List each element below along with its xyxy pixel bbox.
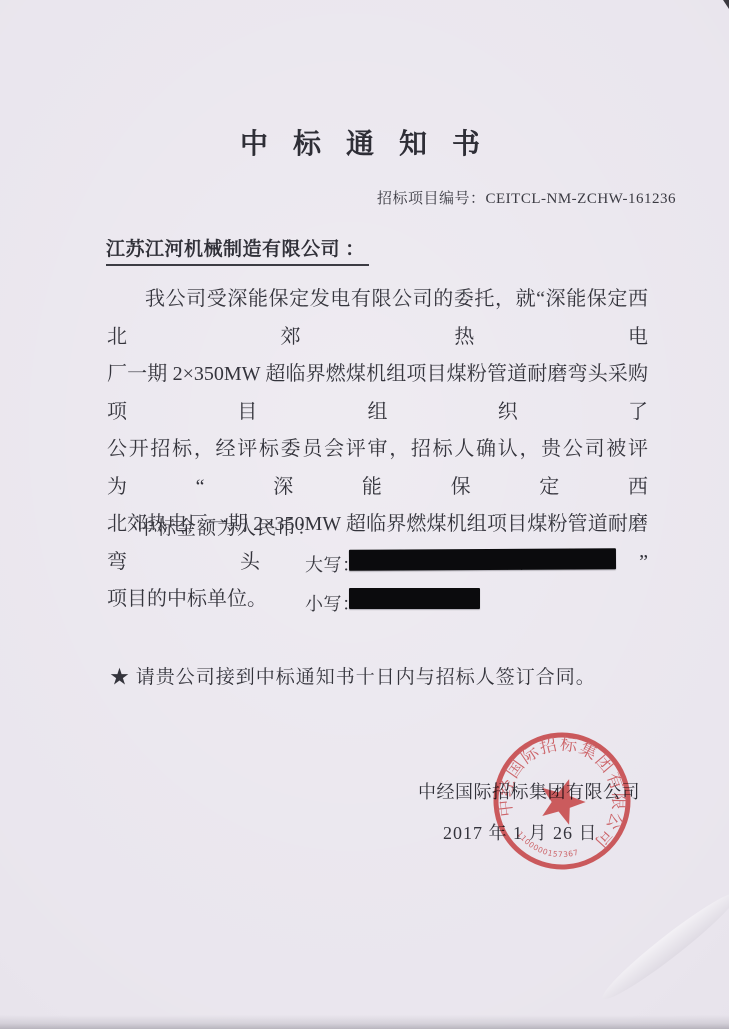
project-number-line: 招标项目编号：CEITCL-NM-ZCHW-161236 — [377, 187, 676, 208]
addressee: 江苏江河机械制造有限公司 ： — [106, 234, 369, 266]
scan-corner-artifact — [722, 0, 729, 9]
scan-bottom-shadow — [0, 1015, 729, 1029]
body-line: 我公司受深能保定发电有限公司的委托，就“深能保定西北郊热电 — [107, 281, 648, 356]
contract-note: ★ 请贵公司接到中标通知书十日内与招标人签订合同。 — [110, 662, 596, 689]
amount-label: 中标金额为人民币： — [137, 513, 317, 540]
scanned-letter-page: 中 标 通 知 书 招标项目编号：CEITCL-NM-ZCHW-161236 江… — [0, 0, 729, 1029]
project-number-value: CEITCL-NM-ZCHW-161236 — [486, 191, 676, 207]
project-number-label: 招标项目编号： — [377, 191, 486, 207]
body-line: 公开招标，经评标委员会评审，招标人确认，贵公司被评为“深能保定西 — [107, 431, 648, 506]
seal-star-icon — [534, 772, 591, 827]
redaction-bar-uppercase — [349, 548, 616, 571]
company-seal-icon: 中经国际招标集团有限公司 1100000157367 — [489, 728, 635, 874]
seal-serial-number: 1100000157367 — [512, 828, 582, 867]
paper-crease — [596, 885, 729, 1007]
document-title: 中 标 通 知 书 — [0, 122, 729, 162]
redaction-bar-lowercase — [349, 588, 480, 609]
body-line: 厂一期 2×350MW 超临界燃煤机组项目煤粉管道耐磨弯头采购项目组织了 — [107, 356, 648, 431]
